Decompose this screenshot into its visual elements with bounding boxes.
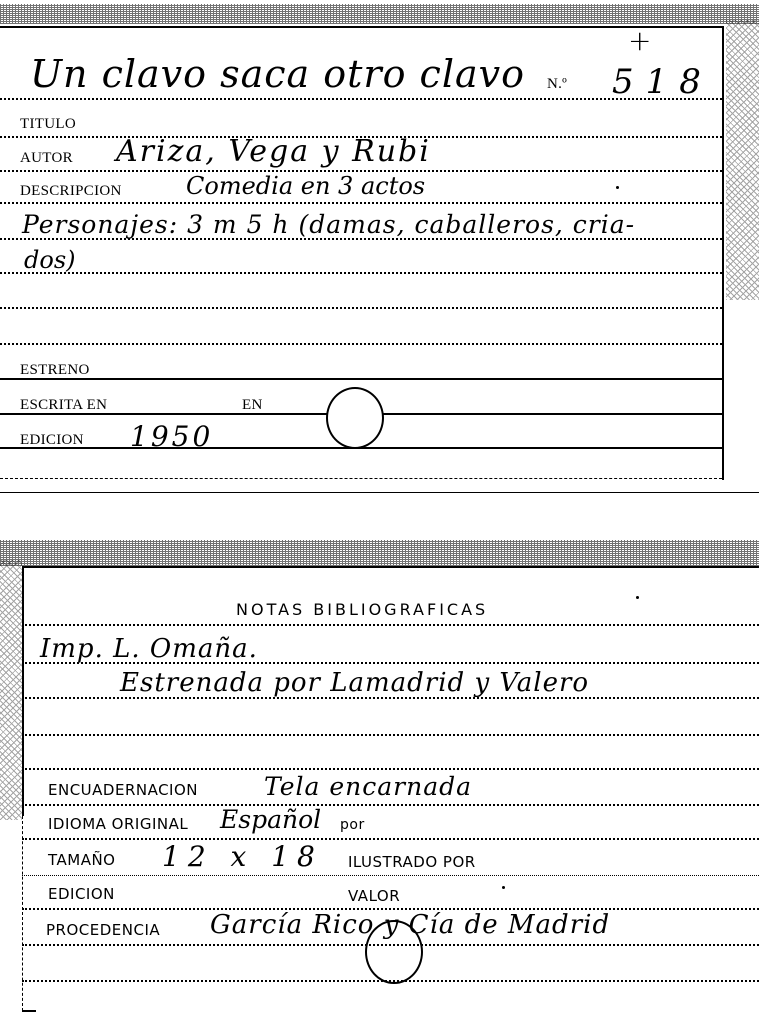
encuadernacion-rule <box>22 804 759 806</box>
procedencia-rule <box>22 944 759 946</box>
tamano-rule <box>22 875 759 876</box>
idioma-original-value: Español <box>220 805 321 834</box>
ink-dot-3 <box>502 886 505 889</box>
notas-rule-1 <box>22 624 759 626</box>
tamano-label: TAMAÑO <box>48 851 116 869</box>
blank-rule-bottom <box>22 980 759 982</box>
notas-rule-2 <box>22 662 759 664</box>
notas-rule-5 <box>22 768 759 770</box>
ink-stamp-circle-bottom <box>365 920 423 984</box>
notas-heading: NOTAS BIBLIOGRAFICAS <box>236 600 488 619</box>
idioma-original-label: IDIOMA ORIGINAL <box>48 815 188 833</box>
ilustrado-por-label: ILUSTRADO POR <box>348 853 476 871</box>
encuadernacion-value: Tela encarnada <box>264 772 472 801</box>
idioma-por-label: por <box>340 817 365 833</box>
notas-line-1: Imp. L. Omaña. <box>40 634 258 664</box>
bottom-card-corner <box>22 1010 36 1012</box>
bottom-card-left-border <box>22 566 24 816</box>
notas-line-2: Estrenada por Lamadrid y Valero <box>120 668 589 698</box>
valor-label: VALOR <box>348 887 400 905</box>
idioma-rule <box>22 838 759 840</box>
encuadernacion-label: ENCUADERNACION <box>48 781 198 799</box>
bottom-card-top-border <box>22 566 759 568</box>
ink-dot-2 <box>636 596 639 599</box>
edicion-label-bottom: EDICION <box>48 885 115 903</box>
notas-rule-3 <box>22 697 759 699</box>
catalog-card-bottom: NOTAS BIBLIOGRAFICAS Imp. L. Omaña. Estr… <box>0 0 759 1028</box>
procedencia-label: PROCEDENCIA <box>46 921 160 939</box>
tamano-value: 12 x 18 <box>162 840 323 873</box>
notas-rule-4 <box>22 734 759 736</box>
